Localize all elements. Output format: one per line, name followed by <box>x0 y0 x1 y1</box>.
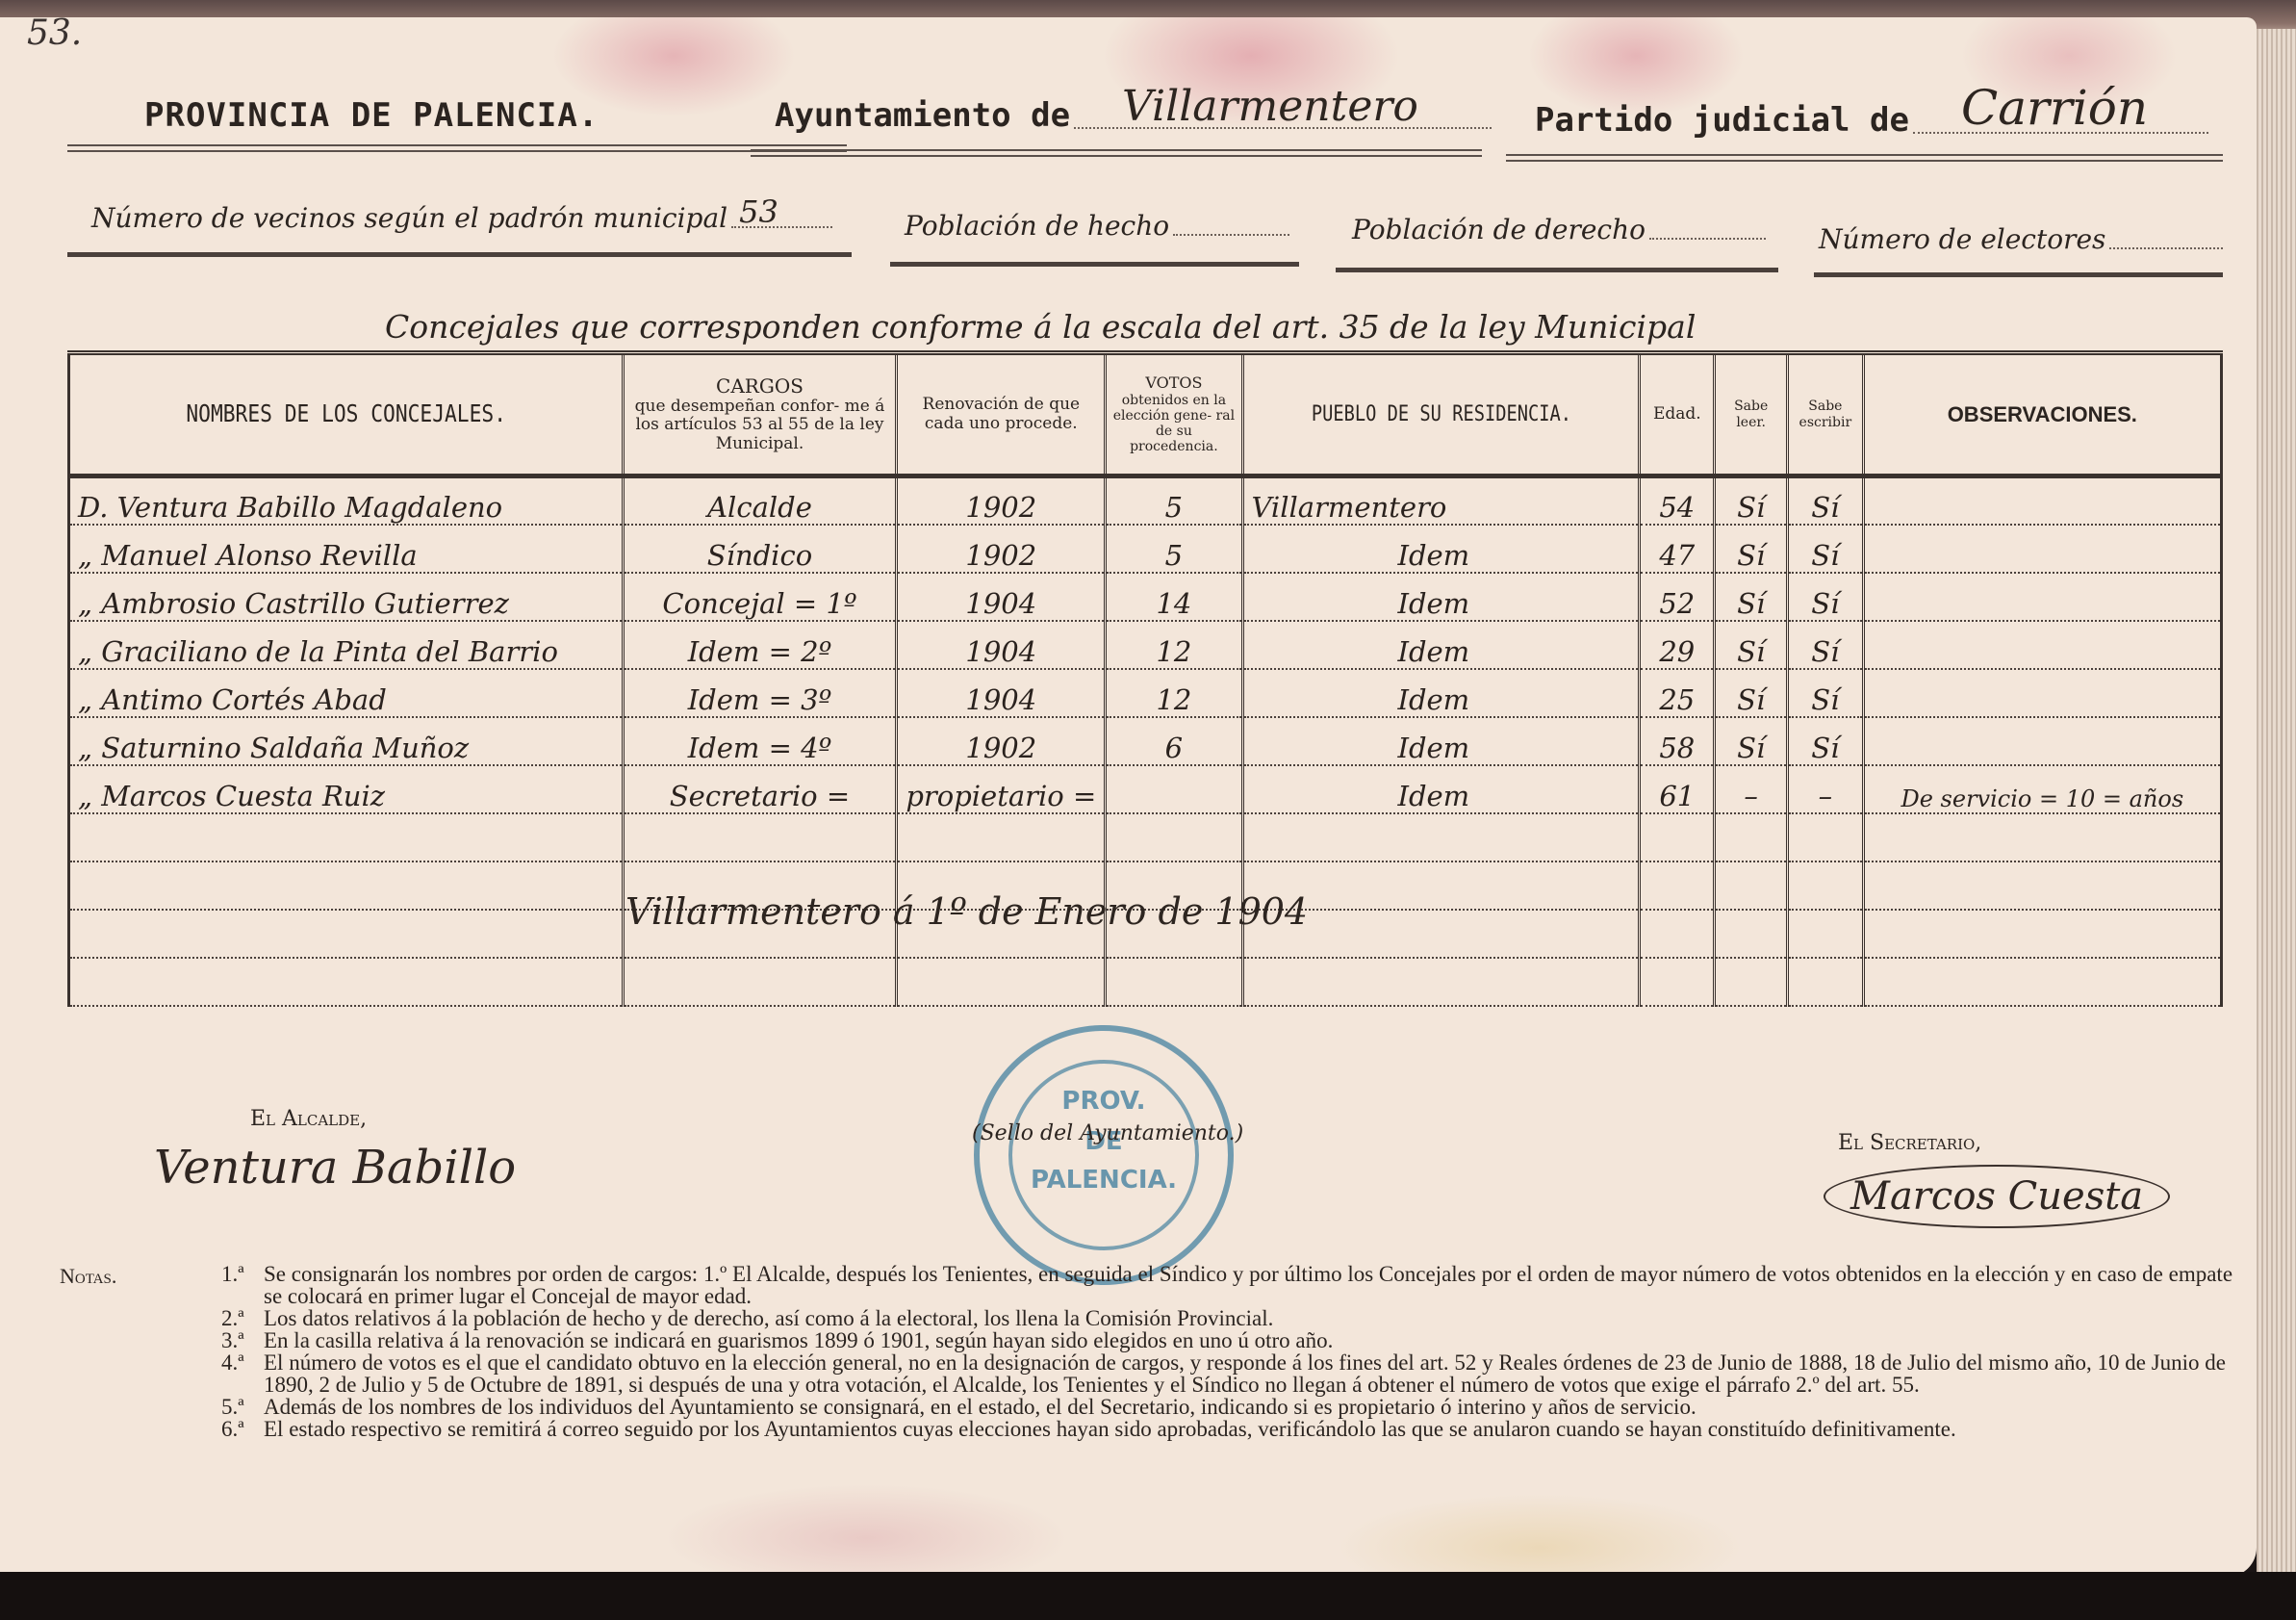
note-number: 5.ª <box>221 1396 264 1418</box>
cell-votos <box>1106 765 1242 813</box>
cell-votos: 14 <box>1106 573 1242 621</box>
note-text: Los datos relativos á la población de he… <box>264 1306 1273 1330</box>
dot-leader: 53 <box>731 226 832 228</box>
date-line: Villarmentero á 1º de Enero de 1904 <box>625 890 1308 933</box>
cell-leer: Sí <box>1715 669 1788 717</box>
cell-escribir: Sí <box>1788 669 1864 717</box>
note-number: 2.ª <box>221 1307 264 1329</box>
table-row <box>69 958 2222 1006</box>
cell-pueblo: Idem <box>1242 717 1640 765</box>
cell-leer <box>1715 861 1788 910</box>
note-text: Se consignarán los nombres por orden de … <box>264 1262 2232 1308</box>
table-header-row: NOMBRES DE LOS CONCEJALES. CARGOS que de… <box>69 353 2222 476</box>
partido-value: Carrión <box>1961 80 2148 136</box>
cell-pueblo <box>1242 813 1640 861</box>
cell-escribir <box>1788 910 1864 958</box>
cell-escribir: – <box>1788 765 1864 813</box>
stats-rule-4 <box>1814 272 2223 277</box>
note-item: 5.ªAdemás de los nombres de los individu… <box>60 1396 2244 1418</box>
vecinos-value: 53 <box>739 193 778 230</box>
dot-leader <box>2109 247 2223 249</box>
cell-pueblo: Idem <box>1242 573 1640 621</box>
cell-renovacion: 1902 <box>897 476 1106 525</box>
cell-cargo <box>623 813 897 861</box>
cell-votos: 5 <box>1106 525 1242 573</box>
dot-leader: Villarmentero <box>1074 127 1492 129</box>
table-row: „ Saturnino Saldaña MuñozIdem = 4º19026I… <box>69 717 2222 765</box>
table-row <box>69 813 2222 861</box>
cell-renovacion: propietario = <box>897 765 1106 813</box>
note-text: En la casilla relativa á la renovación s… <box>264 1328 1333 1352</box>
col-edad: Edad. <box>1640 353 1715 476</box>
header-rule-1 <box>67 144 847 152</box>
cell-votos: 12 <box>1106 669 1242 717</box>
note-text: Además de los nombres de los individuos … <box>264 1395 1696 1419</box>
note-number: 1.ª <box>221 1263 264 1285</box>
electores-label: Número de electores <box>1819 223 2105 255</box>
seal-caption: (Sello del Ayuntamiento.) <box>972 1121 1243 1145</box>
book-bottom-shadow <box>0 1572 2296 1620</box>
province-title: PROVINCIA DE PALENCIA. <box>144 96 645 135</box>
cell-pueblo <box>1242 958 1640 1006</box>
cell-edad: 52 <box>1640 573 1715 621</box>
ayuntamiento-value: Villarmentero <box>1122 82 1418 131</box>
cell-leer <box>1715 958 1788 1006</box>
cell-leer <box>1715 813 1788 861</box>
poblacion-hecho-label: Población de hecho <box>905 210 1169 242</box>
cell-leer <box>1715 910 1788 958</box>
col-edad-label: Edad. <box>1646 405 1707 424</box>
col-observaciones-label: OBSERVACIONES. <box>1948 402 2137 426</box>
poblacion-derecho-field: Población de derecho <box>1352 214 1766 245</box>
col-renovacion: Renovación de que cada uno procede. <box>897 353 1106 476</box>
cell-pueblo: Idem <box>1242 525 1640 573</box>
note-item: 1.ªSe consignarán los nombres por orden … <box>60 1263 2244 1307</box>
cell-cargo: Alcalde <box>623 476 897 525</box>
cell-renovacion <box>897 813 1106 861</box>
note-text: El número de votos es el que el candidat… <box>264 1350 2226 1397</box>
col-leer: Sabe leer. <box>1715 353 1788 476</box>
cell-edad <box>1640 813 1715 861</box>
table-row: „ Manuel Alonso RevillaSíndico19025Idem4… <box>69 525 2222 573</box>
poblacion-derecho-label: Población de derecho <box>1352 214 1645 245</box>
col-leer-label: Sabe leer. <box>1722 399 1780 429</box>
stats-rule-3 <box>1336 268 1778 272</box>
cell-cargo: Síndico <box>623 525 897 573</box>
cell-renovacion <box>897 958 1106 1006</box>
cell-votos <box>1106 813 1242 861</box>
cell-edad: 29 <box>1640 621 1715 669</box>
note-item: 6.ªEl estado respectivo se remitirá á co… <box>60 1418 2244 1440</box>
stats-rule-1 <box>67 252 852 257</box>
cell-cargo <box>623 958 897 1006</box>
electores-field: Número de electores <box>1819 223 2223 255</box>
dot-leader <box>1173 234 1289 236</box>
cell-leer: Sí <box>1715 476 1788 525</box>
cell-pueblo: Idem <box>1242 669 1640 717</box>
cell-obs <box>1863 621 2221 669</box>
col-votos-sub: obtenidos en la elección gene- ral de su… <box>1112 393 1235 454</box>
cell-obs <box>1863 813 2221 861</box>
cell-escribir <box>1788 861 1864 910</box>
cell-cargo: Idem = 2º <box>623 621 897 669</box>
cell-obs: De servicio = 10 = años <box>1863 765 2221 813</box>
col-escribir-label: Sabe escribir <box>1795 399 1856 429</box>
seal-text-palencia: PALENCIA. <box>980 1166 1228 1195</box>
cell-obs <box>1863 958 2221 1006</box>
col-votos: VOTOS obtenidos en la elección gene- ral… <box>1106 353 1242 476</box>
col-cargos-title: CARGOS <box>630 375 890 398</box>
ayuntamiento-field: Ayuntamiento de Villarmentero <box>775 96 1492 135</box>
table-title: Concejales que corresponden conforme á l… <box>385 308 1696 346</box>
dot-leader: Carrión <box>1913 132 2208 134</box>
cell-renovacion: 1902 <box>897 717 1106 765</box>
cell-edad <box>1640 958 1715 1006</box>
cell-obs <box>1863 476 2221 525</box>
cell-escribir <box>1788 958 1864 1006</box>
cell-cargo: Concejal = 1º <box>623 573 897 621</box>
folio-number: 53. <box>27 13 82 53</box>
alcalde-label: El Alcalde, <box>250 1107 367 1131</box>
secretario-label: El Secretario, <box>1838 1131 1981 1155</box>
cell-nombre: „ Ambrosio Castrillo Gutierrez <box>69 573 624 621</box>
note-item: 2.ªLos datos relativos á la población de… <box>60 1307 2244 1329</box>
note-number: 4.ª <box>221 1351 264 1374</box>
table-row: „ Ambrosio Castrillo GutierrezConcejal =… <box>69 573 2222 621</box>
province-label: PROVINCIA DE PALENCIA. <box>144 96 599 135</box>
cell-nombre <box>69 813 624 861</box>
col-escribir: Sabe escribir <box>1788 353 1864 476</box>
partido-field: Partido judicial de Carrión <box>1535 101 2208 140</box>
col-votos-title: VOTOS <box>1112 374 1235 392</box>
cell-nombre <box>69 861 624 910</box>
note-number: 6.ª <box>221 1418 264 1440</box>
cell-votos: 5 <box>1106 476 1242 525</box>
note-text: El estado respectivo se remitirá á corre… <box>264 1417 1956 1441</box>
secretario-signature: Marcos Cuesta <box>1824 1165 2170 1228</box>
cell-obs <box>1863 717 2221 765</box>
cell-renovacion: 1902 <box>897 525 1106 573</box>
col-pueblo: PUEBLO DE SU RESIDENCIA. <box>1242 353 1640 476</box>
note-number: 3.ª <box>221 1329 264 1351</box>
table-row: „ Antimo Cortés AbadIdem = 3º190412Idem2… <box>69 669 2222 717</box>
cell-escribir: Sí <box>1788 717 1864 765</box>
cell-edad: 54 <box>1640 476 1715 525</box>
cell-pueblo: Idem <box>1242 621 1640 669</box>
note-item: 3.ªEn la casilla relativa á la renovació… <box>60 1329 2244 1351</box>
cell-escribir: Sí <box>1788 573 1864 621</box>
cell-obs <box>1863 910 2221 958</box>
table-row: D. Ventura Babillo MagdalenoAlcalde19025… <box>69 476 2222 525</box>
cell-leer: – <box>1715 765 1788 813</box>
vecinos-field: Número de vecinos según el padrón munici… <box>91 202 832 234</box>
cell-obs <box>1863 573 2221 621</box>
cell-escribir: Sí <box>1788 476 1864 525</box>
table-row: „ Marcos Cuesta RuizSecretario =propieta… <box>69 765 2222 813</box>
cell-pueblo: Villarmentero <box>1242 476 1640 525</box>
poblacion-hecho-field: Población de hecho <box>905 210 1289 242</box>
cell-obs <box>1863 669 2221 717</box>
vecinos-label: Número de vecinos según el padrón munici… <box>91 202 727 234</box>
cell-nombre: „ Manuel Alonso Revilla <box>69 525 624 573</box>
cell-votos: 6 <box>1106 717 1242 765</box>
cell-edad <box>1640 861 1715 910</box>
cell-nombre: „ Graciliano de la Pinta del Barrio <box>69 621 624 669</box>
alcalde-signature: Ventura Babillo <box>154 1141 516 1195</box>
col-nombres: NOMBRES DE LOS CONCEJALES. <box>69 353 624 476</box>
cell-edad: 61 <box>1640 765 1715 813</box>
seal-text-prov: PROV. <box>980 1087 1228 1116</box>
header-rule-3 <box>1506 154 2223 162</box>
cell-renovacion: 1904 <box>897 573 1106 621</box>
cell-nombre: „ Antimo Cortés Abad <box>69 669 624 717</box>
cell-leer: Sí <box>1715 621 1788 669</box>
cell-cargo: Idem = 4º <box>623 717 897 765</box>
cell-escribir: Sí <box>1788 621 1864 669</box>
partido-label: Partido judicial de <box>1535 101 1909 140</box>
cell-obs <box>1863 525 2221 573</box>
cell-renovacion: 1904 <box>897 669 1106 717</box>
cell-pueblo: Idem <box>1242 765 1640 813</box>
notes-list: 1.ªSe consignarán los nombres por orden … <box>60 1263 2244 1440</box>
table-row: „ Graciliano de la Pinta del BarrioIdem … <box>69 621 2222 669</box>
cell-nombre: D. Ventura Babillo Magdaleno <box>69 476 624 525</box>
ayuntamiento-label: Ayuntamiento de <box>775 96 1070 135</box>
cell-leer: Sí <box>1715 573 1788 621</box>
municipal-seal: PROV. DE PALENCIA. <box>974 1025 1234 1285</box>
col-nombres-label: NOMBRES DE LOS CONCEJALES. <box>186 400 506 428</box>
page-edges <box>2257 29 2296 1607</box>
cell-leer: Sí <box>1715 717 1788 765</box>
cell-votos: 12 <box>1106 621 1242 669</box>
cell-edad: 58 <box>1640 717 1715 765</box>
col-cargos-sub: que desempeñan confor- me á los artículo… <box>630 398 890 454</box>
cell-escribir <box>1788 813 1864 861</box>
cell-nombre: „ Saturnino Saldaña Muñoz <box>69 717 624 765</box>
notes-section: Notas. 1.ªSe consignarán los nombres por… <box>60 1263 2244 1440</box>
cell-edad <box>1640 910 1715 958</box>
col-cargos: CARGOS que desempeñan confor- me á los a… <box>623 353 897 476</box>
stats-rule-2 <box>890 262 1299 267</box>
cell-escribir: Sí <box>1788 525 1864 573</box>
col-renovacion-label: Renovación de que cada uno procede. <box>904 396 1098 433</box>
col-pueblo-label: PUEBLO DE SU RESIDENCIA. <box>1311 402 1570 426</box>
header-rule-2 <box>751 149 1482 157</box>
cell-leer: Sí <box>1715 525 1788 573</box>
note-item: 4.ªEl número de votos es el que el candi… <box>60 1351 2244 1396</box>
cell-cargo: Idem = 3º <box>623 669 897 717</box>
cell-nombre <box>69 958 624 1006</box>
cell-cargo: Secretario = <box>623 765 897 813</box>
cell-renovacion: 1904 <box>897 621 1106 669</box>
cell-nombre <box>69 910 624 958</box>
cell-obs <box>1863 861 2221 910</box>
cell-edad: 25 <box>1640 669 1715 717</box>
cell-nombre: „ Marcos Cuesta Ruiz <box>69 765 624 813</box>
col-observaciones: OBSERVACIONES. <box>1863 353 2221 476</box>
cell-edad: 47 <box>1640 525 1715 573</box>
dot-leader <box>1649 238 1766 240</box>
cell-votos <box>1106 958 1242 1006</box>
